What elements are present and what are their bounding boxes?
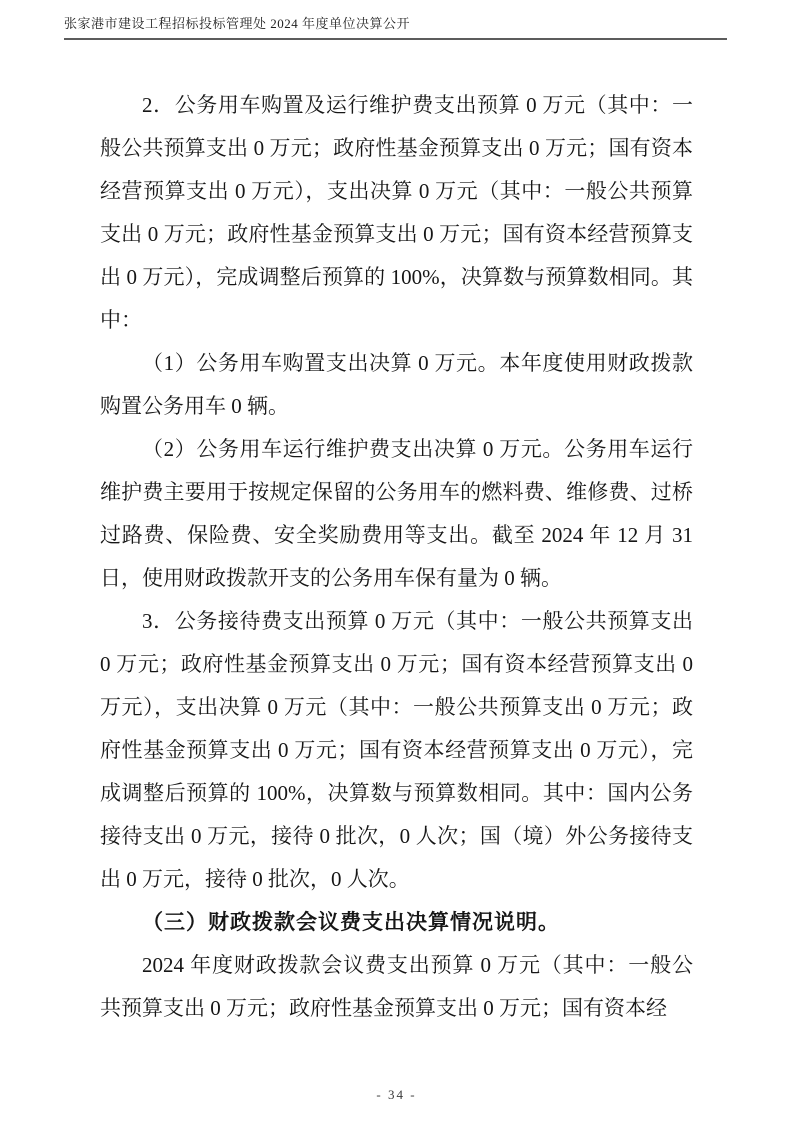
page-number: - 34 -: [376, 1087, 416, 1102]
paragraph-vehicle-purchase-and-maintenance-budget: 2．公务用车购置及运行维护费支出预算 0 万元（其中：一般公共预算支出 0 万元…: [100, 84, 693, 342]
document-body: 2．公务用车购置及运行维护费支出预算 0 万元（其中：一般公共预算支出 0 万元…: [100, 84, 693, 1030]
page-header: 张家港市建设工程招标投标管理处 2024 年度单位决算公开: [64, 16, 727, 40]
paragraph-official-reception-expense: 3．公务接待费支出预算 0 万元（其中：一般公共预算支出 0 万元；政府性基金预…: [100, 600, 693, 901]
paragraph-vehicle-maintenance-detail: （2）公务用车运行维护费支出决算 0 万元。公务用车运行维护费主要用于按规定保留…: [100, 428, 693, 600]
section-three-heading: （三）财政拨款会议费支出决算情况说明。: [100, 901, 693, 944]
page-header-title: 张家港市建设工程招标投标管理处 2024 年度单位决算公开: [64, 16, 727, 31]
paragraph-vehicle-purchase-detail: （1）公务用车购置支出决算 0 万元。本年度使用财政拨款购置公务用车 0 辆。: [100, 342, 693, 428]
page-footer: - 34 -: [0, 1086, 793, 1104]
document-page: 张家港市建设工程招标投标管理处 2024 年度单位决算公开 2．公务用车购置及运…: [0, 0, 793, 1122]
paragraph-meeting-expense-budget: 2024 年度财政拨款会议费支出预算 0 万元（其中：一般公共预算支出 0 万元…: [100, 944, 693, 1030]
